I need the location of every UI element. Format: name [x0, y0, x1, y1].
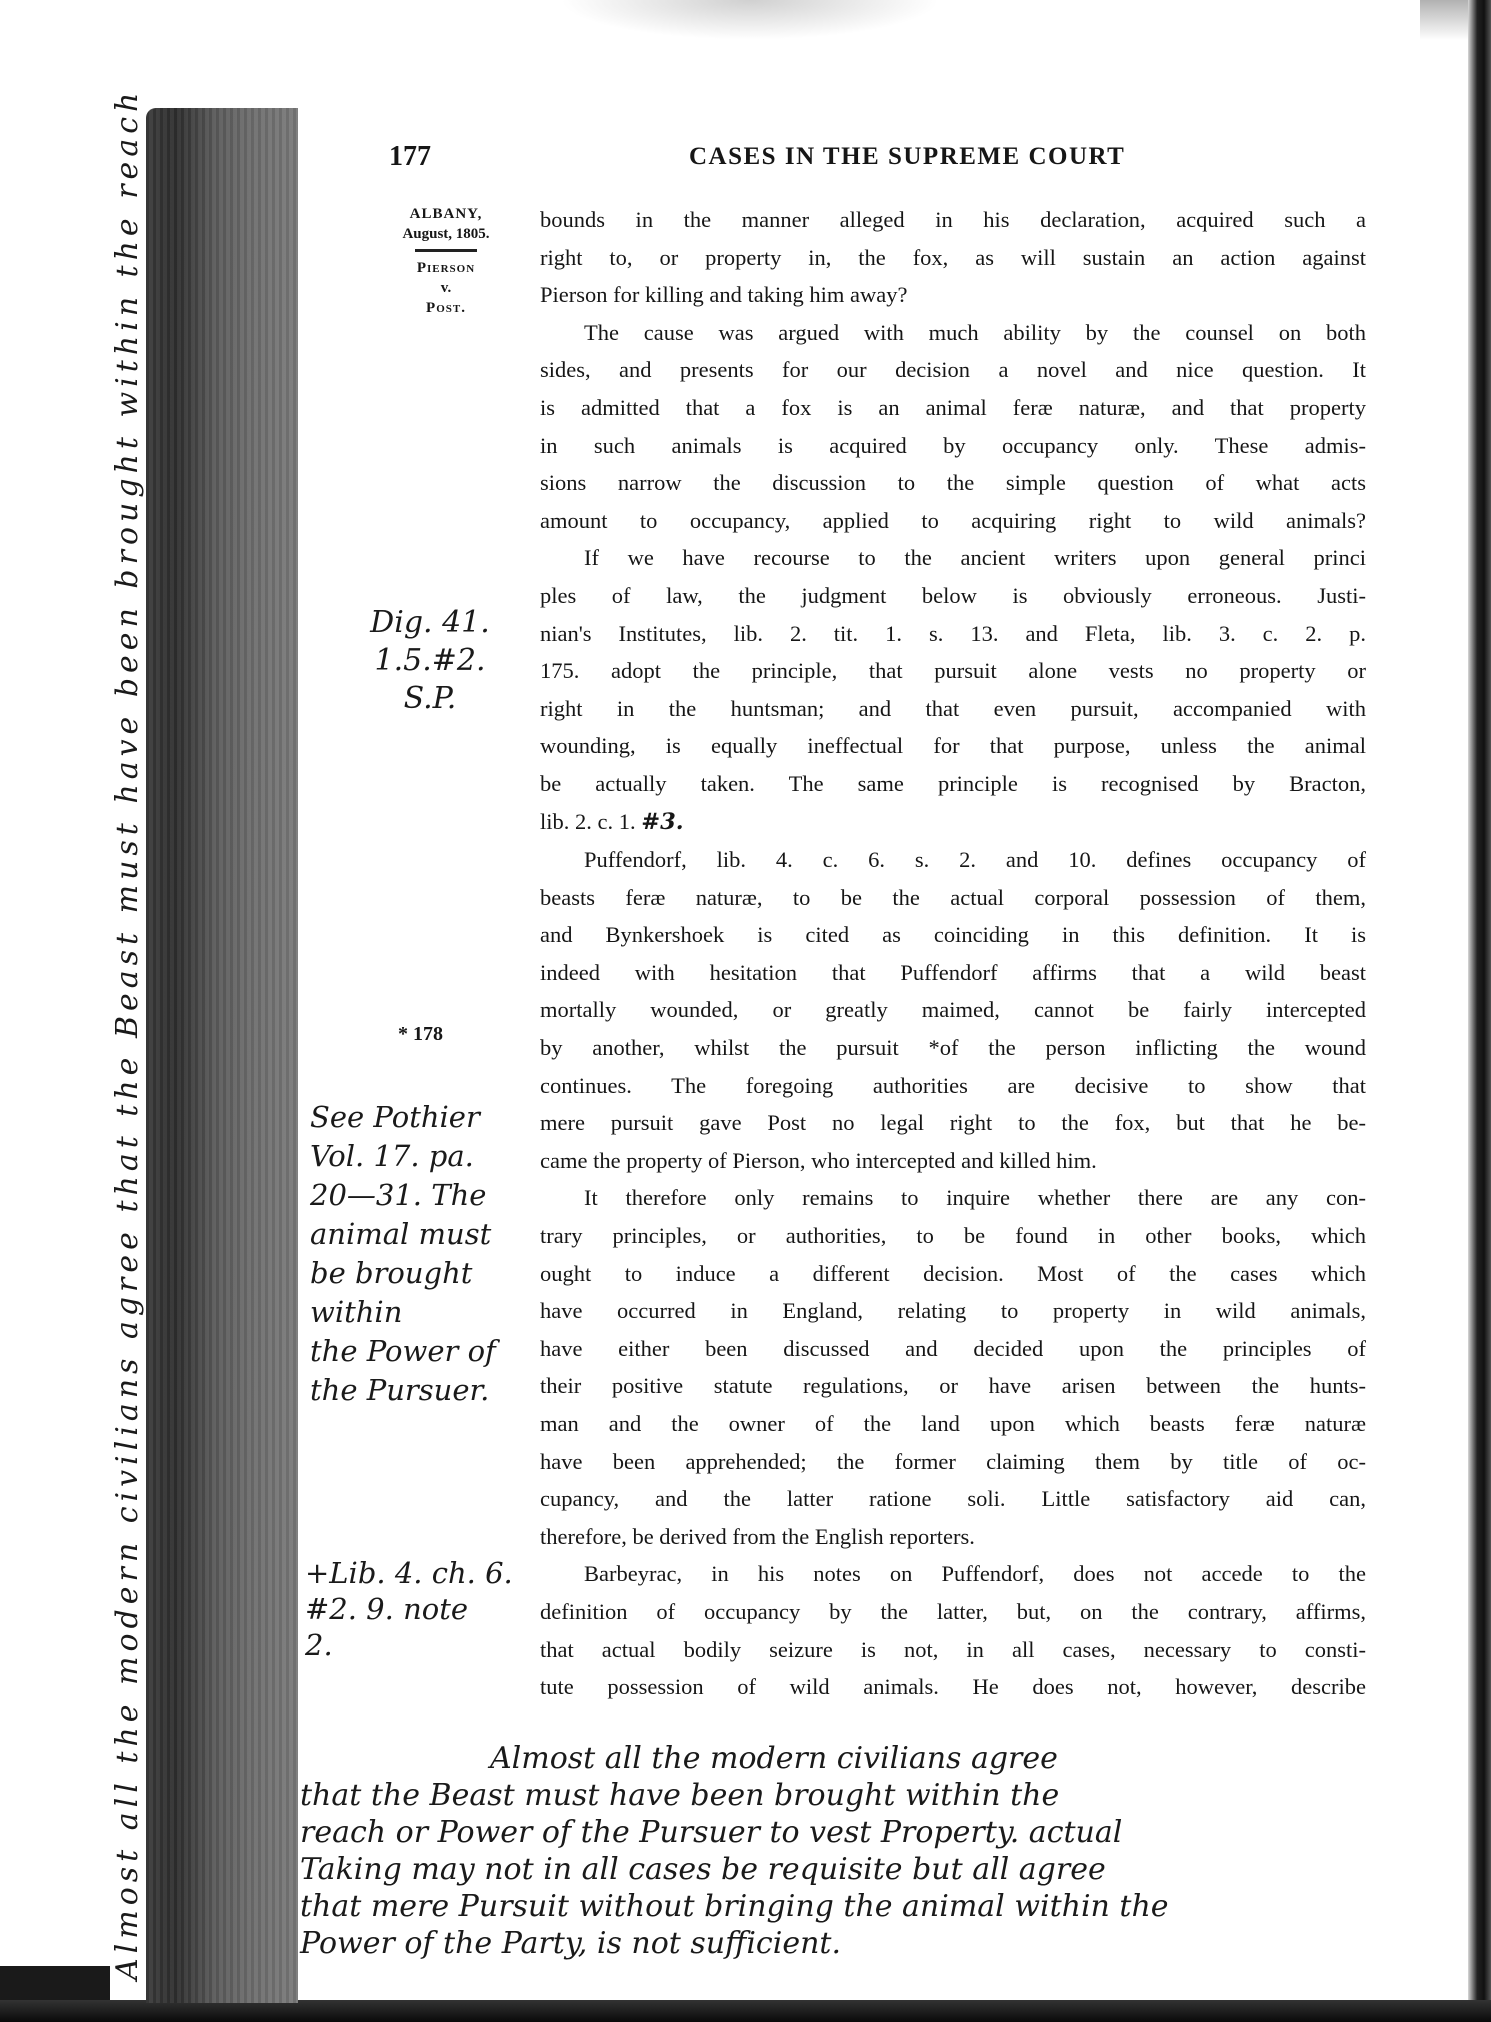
scan-edge-bottom [0, 2000, 1491, 2022]
sideways-handwritten-note: Almost all the modern civilians agree th… [110, 260, 145, 1980]
text-line: mere pursuit gave Post no legal right to… [540, 1104, 1366, 1142]
text-line: have been apprehended; the former claimi… [540, 1443, 1366, 1481]
text-line: nian's Institutes, lib. 2. tit. 1. s. 13… [540, 615, 1366, 653]
note-line: 2. [305, 1627, 540, 1663]
text-line: be actually taken. The same principle is… [540, 765, 1366, 803]
paragraph-6: Barbeyrac, in his notes on Puffendorf, d… [540, 1555, 1366, 1705]
note-line: Dig. 41. [330, 604, 530, 642]
opinion-body: bounds in the manner alleged in his decl… [540, 201, 1366, 1706]
text-line: by another, whilst the pursuit *of the p… [540, 1029, 1366, 1067]
note-line: +Lib. 4. ch. 6. [305, 1555, 540, 1591]
note-line: be brought within [310, 1254, 530, 1332]
paragraph-5: It therefore only remains to inquire whe… [540, 1179, 1366, 1555]
paragraph-1: bounds in the manner alleged in his decl… [540, 201, 1366, 314]
text-line: that actual bodily seizure is not, in al… [540, 1631, 1366, 1669]
note-line: animal must [310, 1215, 530, 1254]
handwritten-margin-note-lib: +Lib. 4. ch. 6. #2. 9. note 2. [305, 1555, 540, 1663]
text-line: sides, and presents for our decision a n… [540, 351, 1366, 389]
text-line: in such animals is acquired by occupancy… [540, 427, 1366, 465]
text-line: 175. adopt the principle, that pursuit a… [540, 652, 1366, 690]
note-line: the Pursuer. [310, 1371, 530, 1410]
note-line: reach or Power of the Pursuer to vest Pr… [300, 1814, 1410, 1851]
margin-caption: ALBANY, August, 1805. Pierson v. Post. [386, 204, 506, 318]
text-line: sions narrow the discussion to the simpl… [540, 464, 1366, 502]
scan-edge-right [1468, 0, 1491, 2022]
note-line: that mere Pursuit without bringing the a… [300, 1888, 1410, 1925]
text-line: ought to induce a different decision. Mo… [540, 1255, 1366, 1293]
text-line: and Bynkershoek is cited as coinciding i… [540, 916, 1366, 954]
text-line: their positive statute regulations, or h… [540, 1367, 1366, 1405]
text-line: wounding, is equally ineffectual for tha… [540, 727, 1366, 765]
paragraph-4: Puffendorf, lib. 4. c. 6. s. 2. and 10. … [540, 841, 1366, 1179]
text-line: cupancy, and the latter ratione soli. Li… [540, 1480, 1366, 1518]
text-line: tute possession of wild animals. He does… [540, 1668, 1366, 1706]
paragraph-2: The cause was argued with much ability b… [540, 314, 1366, 540]
text-line: came the property of Pierson, who interc… [540, 1142, 1366, 1180]
handwritten-margin-note-digest: Dig. 41. 1.5.#2. S.P. [330, 604, 530, 718]
page-number: 177 [389, 141, 431, 173]
text-line-content: lib. 2. c. 1. [540, 809, 636, 834]
text-line: If we have recourse to the ancient write… [540, 539, 1366, 577]
margin-place: ALBANY, [386, 204, 506, 224]
paragraph-3: If we have recourse to the ancient write… [540, 539, 1366, 841]
margin-rule [415, 249, 477, 252]
text-line: lib. 2. c. 1. #3. [540, 803, 1366, 842]
text-line: have either been discussed and decided u… [540, 1330, 1366, 1368]
text-line: is admitted that a fox is an animal feræ… [540, 389, 1366, 427]
note-line: Taking may not in all cases be requisite… [300, 1851, 1410, 1888]
text-line: trary principles, or authorities, to be … [540, 1217, 1366, 1255]
note-line: Power of the Party, is not sufficient. [300, 1925, 1410, 1962]
text-line: Barbeyrac, in his notes on Puffendorf, d… [540, 1555, 1366, 1593]
note-line: S.P. [330, 680, 530, 718]
note-line: #2. 9. note [305, 1591, 540, 1627]
text-line: right in the huntsman; and that even pur… [540, 690, 1366, 728]
margin-date: August, 1805. [386, 224, 506, 244]
note-line: 1.5.#2. [330, 642, 530, 680]
note-line: See Pothier [310, 1098, 530, 1137]
text-line: The cause was argued with much ability b… [540, 314, 1366, 352]
scan-shadow-right [1420, 0, 1470, 40]
text-line: man and the owner of the land upon which… [540, 1405, 1366, 1443]
text-line: right to, or property in, the fox, as wi… [540, 239, 1366, 277]
note-line: Vol. 17. pa. [310, 1137, 530, 1176]
text-line: continues. The foregoing authorities are… [540, 1067, 1366, 1105]
text-line: therefore, be derived from the English r… [540, 1518, 1366, 1556]
note-line: that the Beast must have been brought wi… [300, 1777, 1410, 1814]
scan-smudge-top [560, 0, 940, 40]
text-line: It therefore only remains to inquire whe… [540, 1179, 1366, 1217]
book-binding-strip [146, 108, 298, 2003]
running-title: CASES IN THE SUPREME COURT [689, 143, 1125, 171]
margin-party2: Post. [386, 298, 506, 318]
note-line: 20—31. The [310, 1176, 530, 1215]
page-header: 177 CASES IN THE SUPREME COURT [389, 141, 1364, 181]
handwritten-margin-note-pothier: See Pothier Vol. 17. pa. 20—31. The anim… [310, 1098, 530, 1410]
text-line: Pierson for killing and taking him away? [540, 276, 1366, 314]
text-line: definition of occupancy by the latter, b… [540, 1593, 1366, 1631]
note-line: the Power of [310, 1332, 530, 1371]
text-line: ples of law, the judgment below is obvio… [540, 577, 1366, 615]
text-line: amount to occupancy, applied to acquirin… [540, 502, 1366, 540]
note-line: Almost all the modern civilians agree [300, 1740, 1410, 1777]
text-line: mortally wounded, or greatly maimed, can… [540, 991, 1366, 1029]
text-line: have occurred in England, relating to pr… [540, 1292, 1366, 1330]
star-page-marker: * 178 [398, 1023, 443, 1046]
margin-versus: v. [386, 278, 506, 298]
text-line: beasts feræ naturæ, to be the actual cor… [540, 879, 1366, 917]
text-line: bounds in the manner alleged in his decl… [540, 201, 1366, 239]
text-line: indeed with hesitation that Puffendorf a… [540, 954, 1366, 992]
handwritten-bottom-note: Almost all the modern civilians agree th… [300, 1740, 1410, 1962]
margin-party1: Pierson [386, 258, 506, 278]
handwritten-insert: #3. [641, 809, 683, 835]
text-line: Puffendorf, lib. 4. c. 6. s. 2. and 10. … [540, 841, 1366, 879]
